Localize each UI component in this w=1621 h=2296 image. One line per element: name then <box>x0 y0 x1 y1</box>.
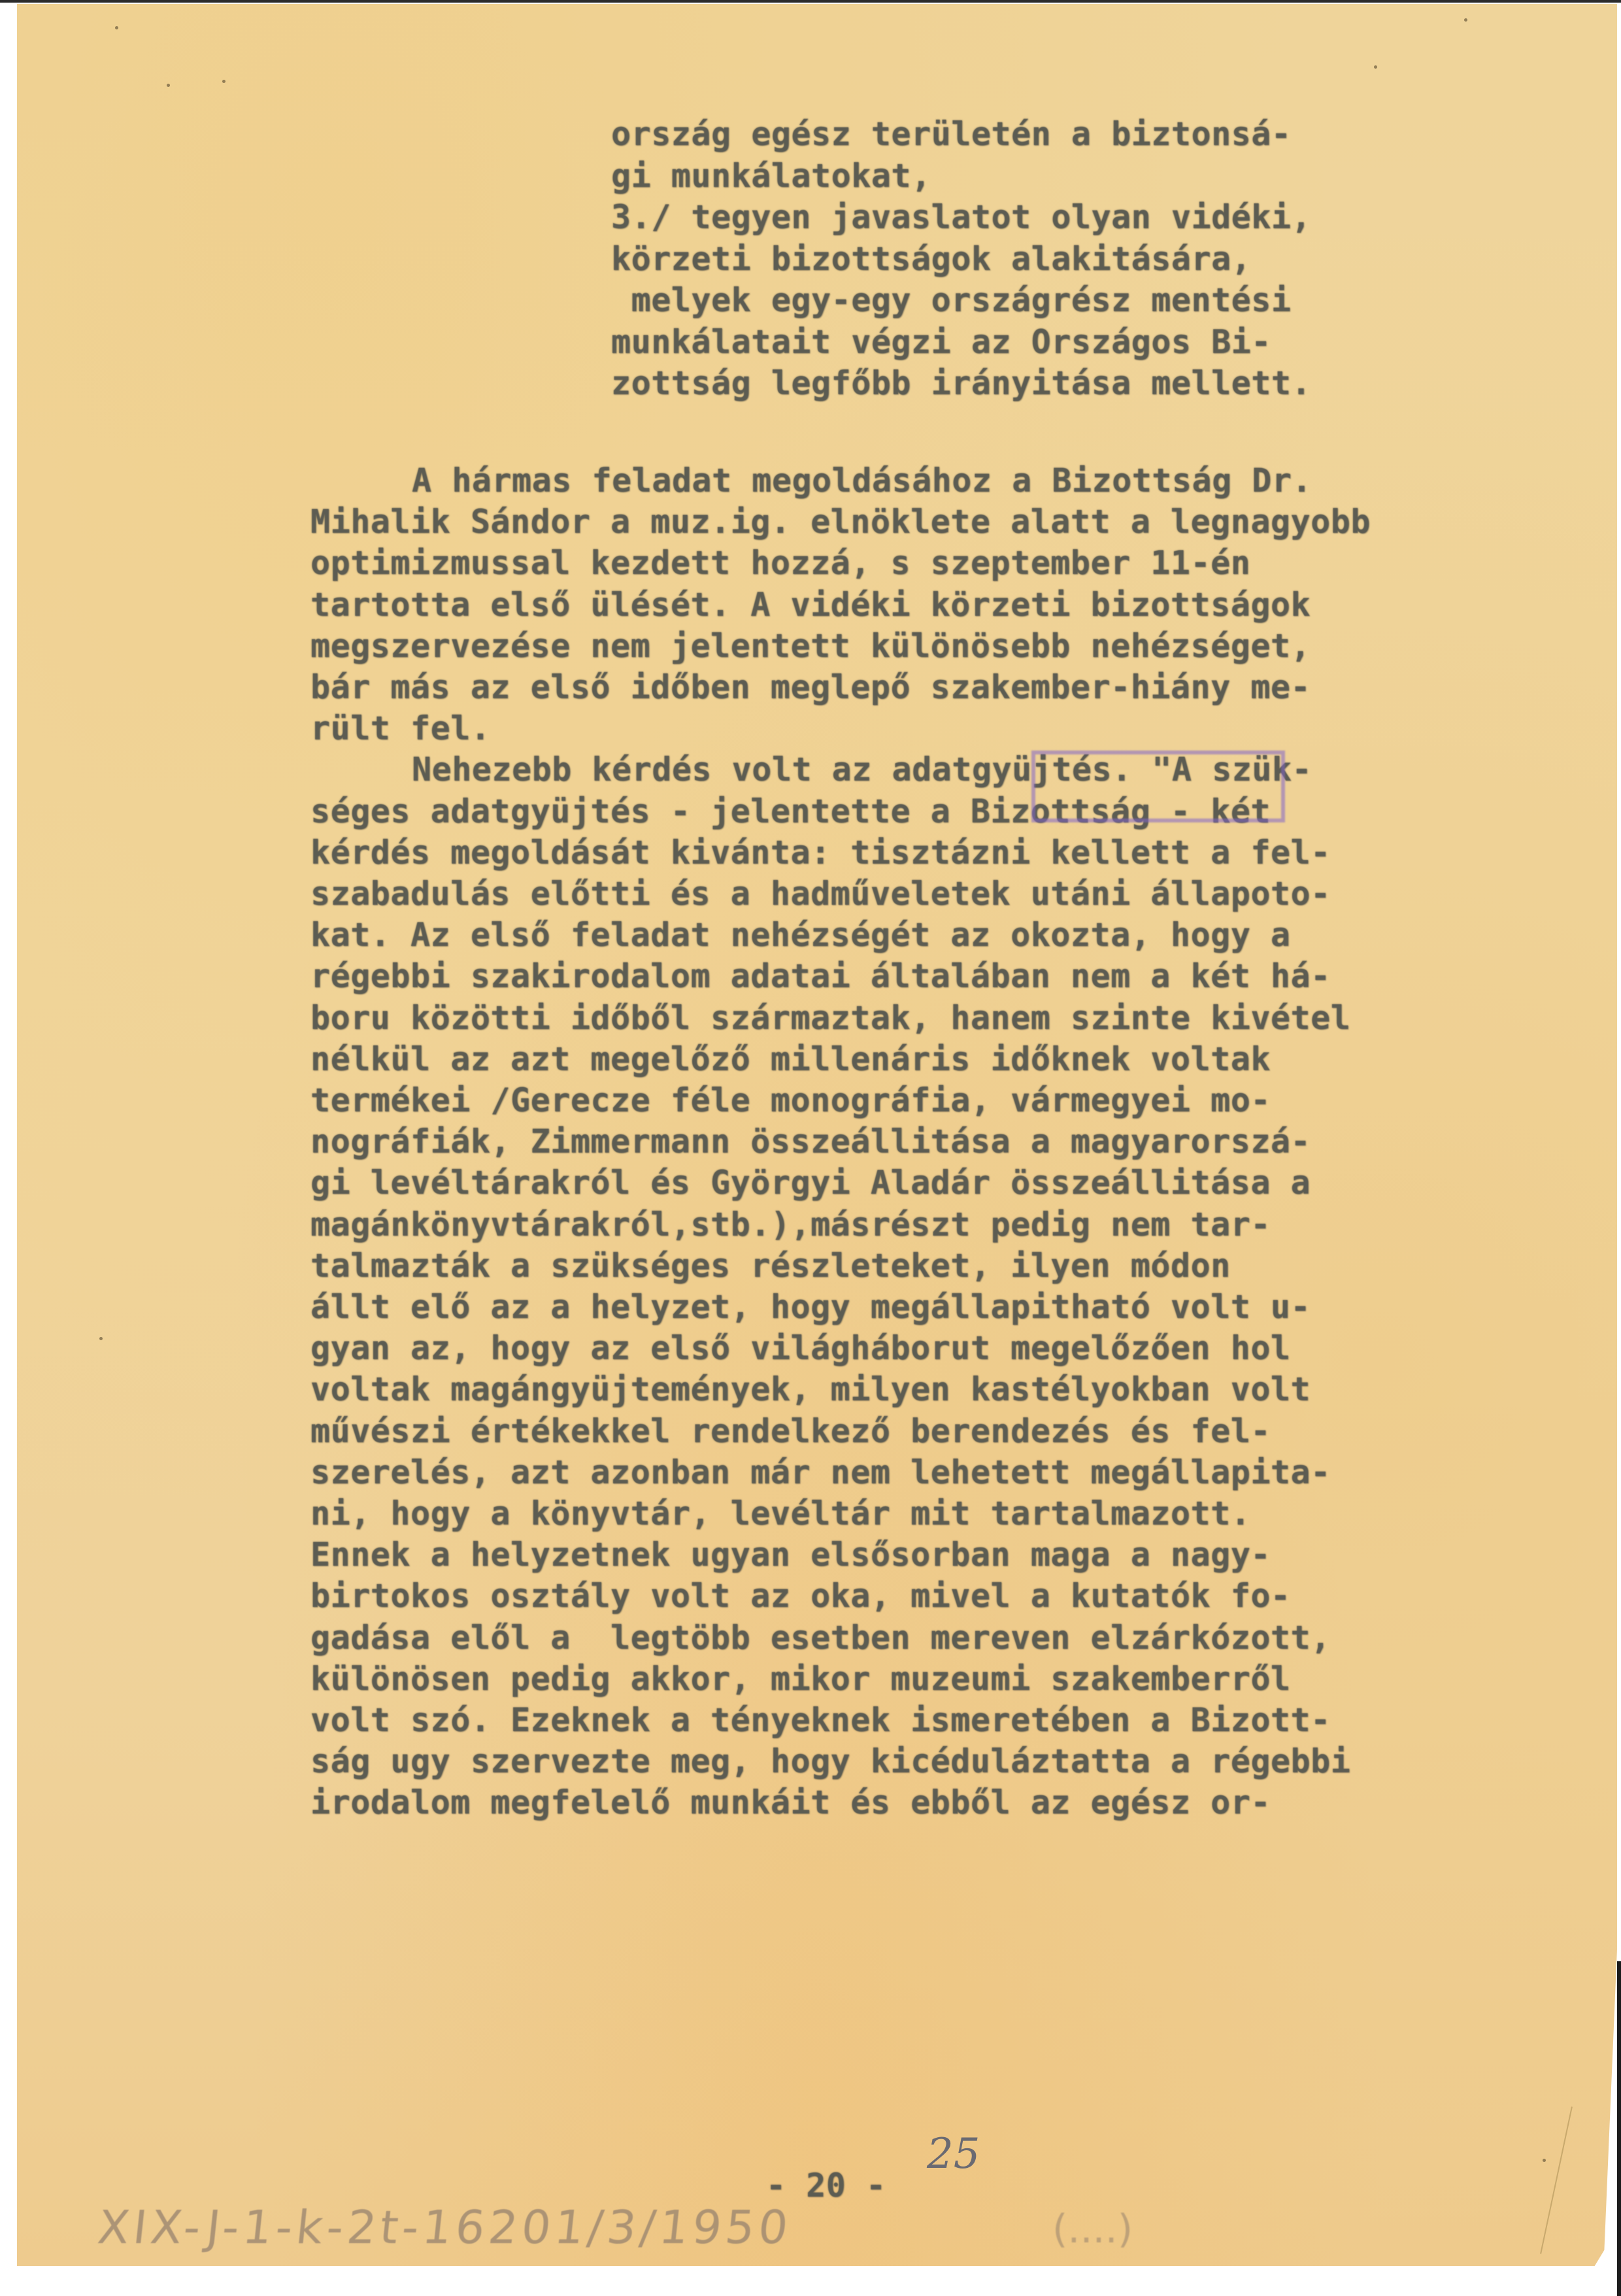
typed-line: Mihalik Sándor a muz.ig. elnöklete alatt… <box>310 505 1371 538</box>
archive-reference-pencil: XIX-J-1-k-2t-16201/3/1950 <box>95 2201 795 2254</box>
page-number: - 20 - <box>766 2169 886 2202</box>
paper-speck <box>1543 2159 1546 2162</box>
typed-line: volt szó. Ezeknek a tényeknek ismeretébe… <box>310 1704 1331 1736</box>
typed-line: gadása elől a legtöbb esetben mereven el… <box>310 1621 1331 1654</box>
typed-line: boru közötti időből származtak, hanem sz… <box>310 1002 1350 1034</box>
typed-line: rült fel. <box>310 712 490 745</box>
typed-line: szerelés, azt azonban már nem lehetett m… <box>310 1456 1331 1489</box>
typed-paragraph-start: A hármas feladat megoldásához a Bizottsá… <box>412 464 1312 497</box>
scan-border-top <box>0 0 1621 3</box>
paper-speck <box>167 84 170 87</box>
typed-line: talmazták a szükséges részleteket, ilyen… <box>310 1249 1231 1282</box>
typed-line: ni, hogy a könyvtár, levéltár mit tartal… <box>310 1497 1250 1530</box>
typed-line: irodalom megfelelő munkáit és ebből az e… <box>310 1786 1271 1819</box>
typed-line: bár más az első időben meglepő szakember… <box>310 671 1311 703</box>
typed-line: gi munkálatokat, <box>611 160 931 192</box>
handwritten-folio-number: 25 <box>927 2130 980 2178</box>
typed-line: nélkül az azt megelőző millenáris időkne… <box>310 1043 1271 1075</box>
typed-line: állt elő az a helyzet, hogy megállapitha… <box>310 1291 1311 1323</box>
typed-line: ság ugy szervezte meg, hogy kicéduláztat… <box>310 1745 1350 1778</box>
typed-line: gyan az, hogy az első világháborut megel… <box>310 1332 1291 1364</box>
typed-line: birtokos osztály volt az oka, mivel a ku… <box>310 1579 1291 1612</box>
paper-speck <box>1464 18 1467 22</box>
typed-line: nográfiák, Zimmermann összeállitása a ma… <box>310 1125 1311 1158</box>
typed-line: termékei /Gerecze féle monográfia, várme… <box>310 1084 1271 1117</box>
archive-stamp <box>1031 751 1285 822</box>
typed-line: kérdés megoldását kivánta: tisztázni kel… <box>310 836 1331 869</box>
paper-speck <box>1374 65 1377 69</box>
paper-speck <box>115 26 118 29</box>
typed-line: melyek egy-egy országrész mentési <box>611 284 1292 316</box>
typed-line: Ennek a helyzetnek ugyan elsősorban maga… <box>310 1538 1271 1571</box>
typed-line: tartotta első ülését. A vidéki körzeti b… <box>310 588 1311 621</box>
typed-line: művészi értékekkel rendelkező berendezés… <box>310 1415 1271 1447</box>
archive-note-pencil: (....) <box>1052 2206 1133 2252</box>
typed-line: körzeti bizottságok alakitására, <box>611 243 1251 275</box>
typed-line: szabadulás előtti és a hadműveletek után… <box>310 877 1331 910</box>
typed-line: optimizmussal kezdett hozzá, s szeptembe… <box>310 547 1250 579</box>
typed-line: ország egész területén a biztonsá- <box>611 118 1292 150</box>
scan-border-right <box>1617 1961 1621 2296</box>
typed-line: régebbi szakirodalom adatai általában ne… <box>310 960 1331 992</box>
typed-line: munkálatait végzi az Országos Bi- <box>611 326 1271 358</box>
typed-line: megszervezése nem jelentett különösebb n… <box>310 630 1311 662</box>
typed-line: gi levéltárakról és Györgyi Aladár össze… <box>310 1166 1311 1199</box>
paper-speck <box>99 1337 103 1340</box>
typed-line: voltak magángyüjtemények, milyen kastély… <box>310 1373 1311 1406</box>
typed-line: magánkönyvtárakról,stb.),másrészt pedig … <box>310 1208 1271 1241</box>
typed-line: zottság legfőbb irányitása mellett. <box>611 367 1311 399</box>
typed-line: 3./ tegyen javaslatot olyan vidéki, <box>611 201 1311 233</box>
typed-line: kat. Az első feladat nehézségét az okozt… <box>310 919 1291 951</box>
paper-speck <box>222 80 226 83</box>
typed-line: különösen pedig akkor, mikor muzeumi sza… <box>310 1663 1291 1695</box>
